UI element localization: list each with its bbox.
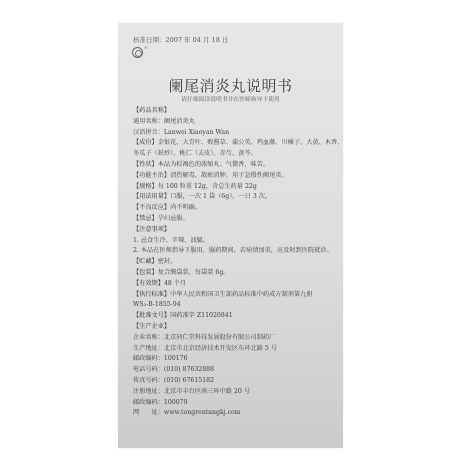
- section-label: 【药品名称】: [133, 107, 170, 114]
- leaflet-line: 企业名称：北京同仁堂科技发展股份有限公司制药厂: [133, 333, 338, 344]
- leaflet-line: 汉语拼音：Lanwei Xiaoyan Wan: [133, 128, 338, 139]
- section-text: 1. 忌食生冷、辛辣、油腻。: [133, 237, 209, 244]
- leaflet-line: 注册地址：北京市丰台区南三环中路 20 号: [133, 387, 338, 398]
- section-text: 邮政编码：100079: [133, 399, 188, 406]
- section-text: 中华人民共和国卫生部药品标准中药成方制剂第九册: [170, 291, 312, 298]
- registered-mark: ®: [144, 45, 148, 50]
- section-label: 【成份】: [133, 139, 158, 146]
- section-text: 口服，一次 1 袋（6g），一日 3 次。: [170, 193, 271, 200]
- leaflet-line: 通用名称：阑尾消炎丸: [133, 117, 338, 128]
- leaflet-line: 【不良反应】尚不明确。: [133, 203, 338, 214]
- section-text: WS₃-B-1855-94: [133, 301, 181, 308]
- section-text: 尚不明确。: [170, 204, 201, 211]
- leaflet-line: 【生产企业】: [133, 322, 338, 333]
- section-label: 【生产企业】: [133, 323, 170, 330]
- leaflet-line: 【成份】金银花、大青叶、败酱草、蒲公英、鸡血藤、川楝子、大黄、木香、: [133, 138, 338, 149]
- section-label: 【批准文号】: [133, 312, 170, 319]
- leaflet-line: 【禁忌】孕妇忌服。: [133, 214, 338, 225]
- leaflet-line: 【执行标准】中华人民共和国卫生部药品标准中药成方制剂第九册: [133, 290, 338, 301]
- leaflet-line: 电话号码：(010) 87632888: [133, 365, 338, 376]
- section-text: 国药准字 Z11020841: [170, 312, 233, 319]
- leaflet-line: 【有效期】48 个月: [133, 279, 338, 290]
- section-text: 本品为棕褐色的浓缩丸；气微香，味苦。: [158, 161, 269, 168]
- section-text: 生产地址：北京市北京经济技术开发区东环北路 5 号: [133, 345, 277, 352]
- leaflet-line: 邮政编码：100079: [133, 398, 338, 409]
- section-text: 电话号码：(010) 87632888: [133, 366, 214, 373]
- section-text: 邮政编码：100176: [133, 355, 188, 362]
- section-text: 孕妇忌服。: [158, 215, 189, 222]
- section-text: 企业名称：北京同仁堂科技发展股份有限公司制药厂: [133, 334, 275, 341]
- leaflet-line: 1. 忌食生冷、辛辣、油腻。: [133, 236, 338, 247]
- section-text: 注册地址：北京市丰台区南三环中路 20 号: [133, 388, 250, 395]
- section-text: 每 100 粒重 12g，含总生药量 22g: [158, 183, 257, 190]
- section-text: 网 址：www.tongrentangkj.com: [133, 409, 241, 416]
- section-label: 【禁忌】: [133, 215, 158, 222]
- leaflet-line: 网 址：www.tongrentangkj.com: [133, 408, 338, 419]
- document-subtitle: 请仔细阅读说明书并在医师指导下使用: [118, 94, 343, 103]
- section-text: 48 个月: [164, 280, 186, 287]
- section-text: 复合膜袋装，每袋装 6g。: [158, 269, 230, 276]
- leaflet-line: 【药品名称】: [133, 106, 338, 117]
- section-text: 传真号码：(010) 67615182: [133, 377, 214, 384]
- leaflet-line: 【注意事项】: [133, 225, 338, 236]
- section-text: 金银花、大青叶、败酱草、蒲公英、鸡血藤、川楝子、大黄、木香、: [158, 139, 344, 146]
- approval-date: 核准日期：2007 年 04 月 18 日: [133, 35, 228, 44]
- leaflet-body: 【药品名称】通用名称：阑尾消炎丸汉语拼音：Lanwei Xiaoyan Wan【…: [133, 106, 338, 419]
- leaflet-line: 【功能主治】清热解毒，散瘀消肿。用于急慢性阑尾炎。: [133, 171, 338, 182]
- leaflet-line: 【用法用量】口服，一次 1 袋（6g），一日 3 次。: [133, 192, 338, 203]
- section-text: 2. 本品在医师指导下服用，服药期间，若病情加重，应及时到医院就诊。: [133, 247, 333, 254]
- section-label: 【有效期】: [133, 280, 164, 287]
- leaflet-line: 邮政编码：100176: [133, 354, 338, 365]
- section-label: 【性状】: [133, 161, 158, 168]
- brand-logo-icon: [132, 47, 143, 58]
- leaflet-line: WS₃-B-1855-94: [133, 300, 338, 311]
- section-text: 通用名称：阑尾消炎丸: [133, 118, 195, 125]
- section-label: 【规格】: [133, 183, 158, 190]
- section-text: 汉语拼音：Lanwei Xiaoyan Wan: [133, 129, 229, 136]
- section-text: 冬瓜子（麸炒）、桃仁（去皮）、赤芍、黄芩。: [133, 150, 257, 157]
- leaflet-line: 传真号码：(010) 67615182: [133, 376, 338, 387]
- leaflet-line: 2. 本品在医师指导下服用，服药期间，若病情加重，应及时到医院就诊。: [133, 246, 338, 257]
- section-label: 【包装】: [133, 269, 158, 276]
- leaflet-line: 冬瓜子（麸炒）、桃仁（去皮）、赤芍、黄芩。: [133, 149, 338, 160]
- section-text: 密封。: [158, 258, 177, 265]
- leaflet-line: 【批准文号】国药准字 Z11020841: [133, 311, 338, 322]
- leaflet-line: 【规格】每 100 粒重 12g，含总生药量 22g: [133, 182, 338, 193]
- leaflet-line: 【包装】复合膜袋装，每袋装 6g。: [133, 268, 338, 279]
- document-title: 阑尾消炎丸说明书: [118, 75, 343, 96]
- leaflet-paper: 核准日期：2007 年 04 月 18 日 ® 阑尾消炎丸说明书 请仔细阅读说明…: [118, 23, 343, 448]
- section-text: 清热解毒，散瘀消肿。用于急慢性阑尾炎。: [170, 172, 288, 179]
- leaflet-line: 【性状】本品为棕褐色的浓缩丸；气微香，味苦。: [133, 160, 338, 171]
- leaflet-line: 【贮藏】密封。: [133, 257, 338, 268]
- leaflet-line: 生产地址：北京市北京经济技术开发区东环北路 5 号: [133, 344, 338, 355]
- section-label: 【贮藏】: [133, 258, 158, 265]
- section-label: 【功能主治】: [133, 172, 170, 179]
- section-label: 【执行标准】: [133, 291, 170, 298]
- section-label: 【注意事项】: [133, 226, 170, 233]
- section-label: 【不良反应】: [133, 204, 170, 211]
- section-label: 【用法用量】: [133, 193, 170, 200]
